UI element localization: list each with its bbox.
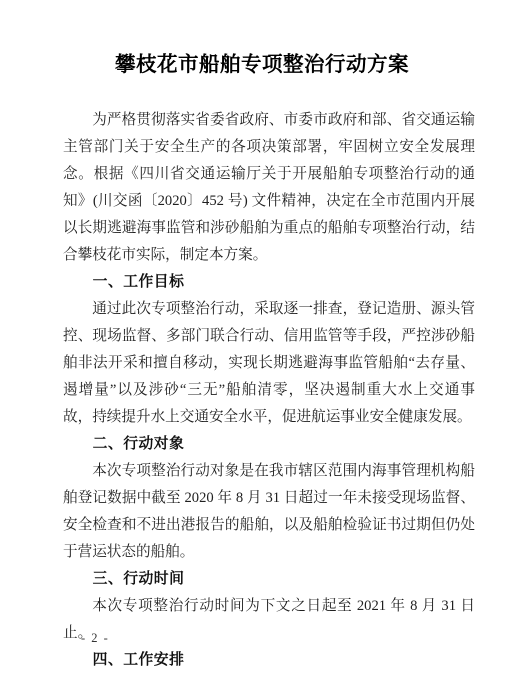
- body-paragraph: 通过此次专项整治行动，采取逐一排查，登记造册、源头管控、现场监督、多部门联合行动…: [63, 296, 475, 431]
- section-heading: 一、工作目标: [93, 269, 475, 296]
- section-heading: 四、工作安排: [93, 647, 475, 674]
- body-paragraph: 本次专项整治行动时间为下文之日起至 2021 年 8 月 31 日止。: [63, 593, 475, 647]
- page-number: - 2 -: [81, 631, 109, 646]
- body-paragraph: 本次专项整治行动对象是在我市辖区范围内海事管理机构船舶登记数据中截至 2020 …: [63, 458, 475, 566]
- document-body: 为严格贯彻落实省委省政府、市委市政府和部、省交通运输主管部门关于安全生产的各项决…: [63, 107, 475, 674]
- section-heading: 三、行动时间: [93, 566, 475, 593]
- document-title: 攀枝花市船舶专项整治行动方案: [0, 50, 524, 80]
- section-heading: 二、行动对象: [93, 431, 475, 458]
- body-paragraph: 为严格贯彻落实省委省政府、市委市政府和部、省交通运输主管部门关于安全生产的各项决…: [63, 107, 475, 269]
- document-page: 攀枝花市船舶专项整治行动方案 为严格贯彻落实省委省政府、市委市政府和部、省交通运…: [0, 0, 524, 690]
